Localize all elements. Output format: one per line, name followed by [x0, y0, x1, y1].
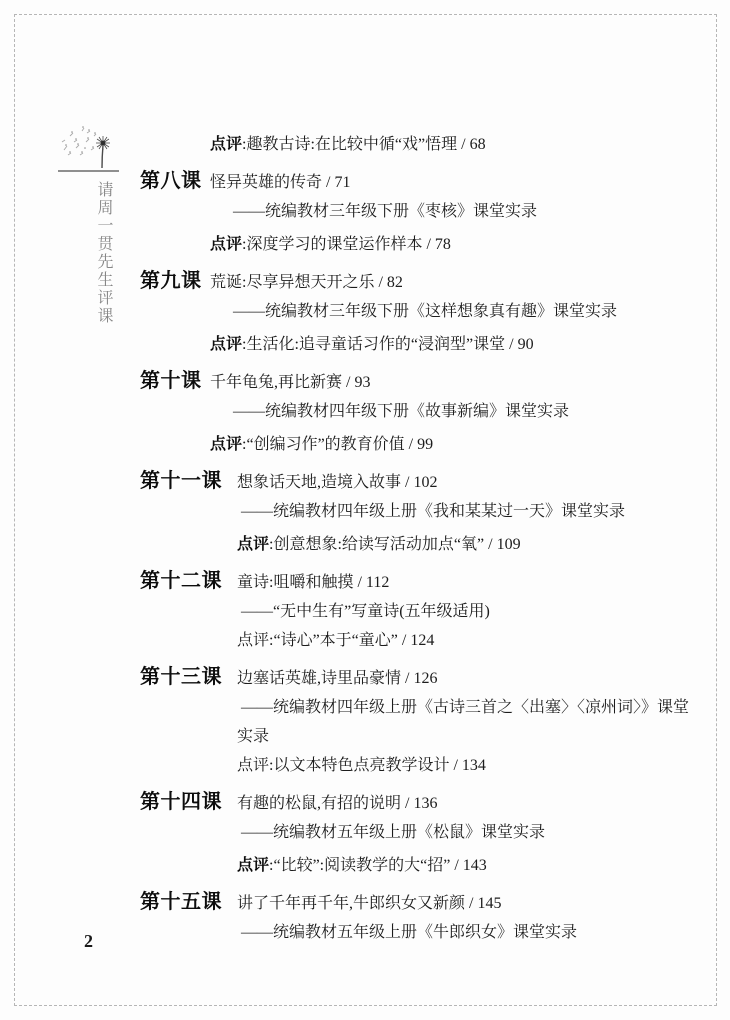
toc-dash-line: ——统编教材五年级上册《牛郎织女》课堂实录 — [237, 918, 715, 947]
toc-title-line: 第十五课讲了千年再千年,牛郎织女又新颜 / 145 — [140, 888, 715, 918]
toc-line-text: 荒诞:尽享异想天开之乐 — [210, 274, 374, 291]
page-separator: / — [353, 574, 365, 591]
toc-line-content: 点评:趣教古诗:在比较中循“戏”悟理 / 68 — [210, 130, 486, 159]
toc-line-text: ——统编教材三年级下册《这样想象真有趣》课堂实录 — [233, 303, 617, 320]
toc-line-text: 有趣的松鼠,有招的说明 — [237, 795, 401, 812]
toc-line-content: 童诗:咀嚼和触摸 / 112 — [237, 568, 389, 597]
toc-line-content: 想象话天地,造境入故事 / 102 — [237, 468, 437, 497]
comment-prefix: 点评 — [210, 436, 242, 453]
toc-group: 第十二课童诗:咀嚼和触摸 / 112——“无中生有”写童诗(五年级适用)点评:“… — [140, 559, 715, 655]
page-separator: / — [398, 632, 410, 649]
comment-prefix: 点评 — [210, 236, 242, 253]
page-ref: 145 — [477, 895, 501, 912]
toc-line-text: :“诗心”本于“童心” — [269, 632, 398, 649]
page-ref: 93 — [354, 374, 370, 391]
page-separator: / — [422, 236, 434, 253]
page-ref: 68 — [470, 136, 486, 153]
toc-line-text: :“比较”:阅读教学的大“招” — [269, 857, 450, 874]
toc-comment-line: 点评:创意想象:给读写活动加点“氧” / 109 — [237, 526, 715, 559]
comment-prefix: 点评 — [237, 632, 269, 649]
toc-line-text: ——统编教材四年级下册《故事新编》课堂实录 — [233, 403, 569, 420]
toc-group: 第十三课边塞话英雄,诗里品豪情 / 126——统编教材四年级上册《古诗三首之〈出… — [140, 655, 715, 780]
toc-line-content: 讲了千年再千年,牛郎织女又新颜 / 145 — [237, 889, 501, 918]
toc-line-text: ——“无中生有”写童诗(五年级适用) — [241, 603, 490, 620]
page-separator: / — [374, 274, 386, 291]
toc-line-text: 千年龟兔,再比新赛 — [210, 374, 342, 391]
toc-line-text: 怪异英雄的传奇 — [210, 174, 322, 191]
toc-dash-line: ——统编教材四年级上册《古诗三首之〈出塞〉〈凉州词〉》课堂 — [237, 693, 715, 722]
toc-line-content: 有趣的松鼠,有招的说明 / 136 — [237, 789, 437, 818]
toc-dash-line: ——统编教材四年级下册《故事新编》课堂实录 — [210, 397, 715, 426]
toc-title-line: 第十一课想象话天地,造境入故事 / 102 — [140, 467, 715, 497]
toc-comment-line: 点评:深度学习的课堂运作样本 / 78 — [210, 226, 715, 259]
toc-group: 第九课荒诞:尽享异想天开之乐 / 82——统编教材三年级下册《这样想象真有趣》课… — [140, 259, 715, 359]
toc-line-content: 千年龟兔,再比新赛 / 93 — [210, 368, 370, 397]
page-ref: 143 — [463, 857, 487, 874]
lesson-label: 第十三课 — [140, 663, 237, 692]
sidebar-rule — [58, 170, 119, 172]
dandelion-icon — [56, 122, 122, 172]
page-ref: 136 — [413, 795, 437, 812]
lesson-label: 第九课 — [140, 267, 210, 296]
page-separator: / — [401, 670, 413, 687]
toc-line-text: ——统编教材五年级上册《松鼠》课堂实录 — [241, 824, 545, 841]
toc-line-content: 怪异英雄的传奇 / 71 — [210, 168, 350, 197]
toc-group: 第十一课想象话天地,造境入故事 / 102——统编教材四年级上册《我和某某过一天… — [140, 459, 715, 559]
page-separator: / — [322, 174, 334, 191]
toc-title-line: 第十四课有趣的松鼠,有招的说明 / 136 — [140, 788, 715, 818]
page-ref: 90 — [518, 336, 534, 353]
page-ref: 124 — [410, 632, 434, 649]
comment-prefix: 点评 — [210, 336, 242, 353]
toc-line-text: ——统编教材四年级上册《古诗三首之〈出塞〉〈凉州词〉》课堂 — [241, 699, 689, 716]
comment-prefix: 点评 — [237, 536, 269, 553]
comment-prefix: 点评 — [210, 136, 242, 153]
toc-dash-line: ——统编教材三年级下册《这样想象真有趣》课堂实录 — [210, 297, 715, 326]
toc-line-text: 想象话天地,造境入故事 — [237, 474, 401, 491]
toc-line-text: :以文本特色点亮教学设计 — [269, 757, 449, 774]
toc-dash-line: ——“无中生有”写童诗(五年级适用) — [237, 597, 715, 626]
page-separator: / — [401, 474, 413, 491]
page-ref: 102 — [413, 474, 437, 491]
toc-line-text: 实录 — [237, 728, 269, 745]
page-separator: / — [505, 336, 517, 353]
toc-line-text: 边塞话英雄,诗里品豪情 — [237, 670, 401, 687]
toc-line-text: :深度学习的课堂运作样本 — [242, 236, 422, 253]
page-separator: / — [401, 795, 413, 812]
toc-continuation-line: 实录 — [237, 722, 715, 751]
toc-title-line: 第八课怪异英雄的传奇 / 71 — [140, 167, 715, 197]
page-separator: / — [457, 136, 469, 153]
toc-line-text: :“创编习作”的教育价值 — [242, 436, 405, 453]
page-ref: 71 — [334, 174, 350, 191]
toc: 点评:趣教古诗:在比较中循“戏”悟理 / 68第八课怪异英雄的传奇 / 71——… — [140, 130, 715, 947]
toc-dash-line: ——统编教材四年级上册《我和某某过一天》课堂实录 — [237, 497, 715, 526]
toc-group: 第十五课讲了千年再千年,牛郎织女又新颜 / 145——统编教材五年级上册《牛郎织… — [140, 880, 715, 947]
page-ref: 109 — [497, 536, 521, 553]
page-separator: / — [450, 857, 462, 874]
page-ref: 78 — [435, 236, 451, 253]
lesson-label: 第十课 — [140, 367, 210, 396]
page-separator: / — [465, 895, 477, 912]
page-separator: / — [449, 757, 461, 774]
page-ref: 112 — [366, 574, 389, 591]
toc-line-text: :生活化:追寻童话习作的“浸润型”课堂 — [242, 336, 505, 353]
toc-line-text: 讲了千年再千年,牛郎织女又新颜 — [237, 895, 465, 912]
lesson-label: 第十一课 — [140, 467, 237, 496]
toc-title-line: 第十课千年龟兔,再比新赛 / 93 — [140, 367, 715, 397]
page-separator: / — [342, 374, 354, 391]
toc-comment-line: 点评:“比较”:阅读教学的大“招” / 143 — [237, 847, 715, 880]
page-separator: / — [405, 436, 417, 453]
toc-line-content: 荒诞:尽享异想天开之乐 / 82 — [210, 268, 403, 297]
toc-title-line: 第十二课童诗:咀嚼和触摸 / 112 — [140, 567, 715, 597]
toc-line-text: ——统编教材四年级上册《我和某某过一天》课堂实录 — [241, 503, 625, 520]
lesson-label: 第十四课 — [140, 788, 237, 817]
toc-group: 第八课怪异英雄的传奇 / 71——统编教材三年级下册《枣核》课堂实录点评:深度学… — [140, 159, 715, 259]
page-ref: 134 — [462, 757, 486, 774]
page-separator: / — [484, 536, 496, 553]
lesson-label: 第十二课 — [140, 567, 237, 596]
toc-comment-line: 点评:“诗心”本于“童心” / 124 — [237, 626, 715, 655]
toc-dash-line: ——统编教材三年级下册《枣核》课堂实录 — [210, 197, 715, 226]
toc-title-line: 第十三课边塞话英雄,诗里品豪情 / 126 — [140, 663, 715, 693]
sidebar-vertical-title: 请周一贯先生评课 — [92, 181, 115, 325]
toc-line-text: 童诗:咀嚼和触摸 — [237, 574, 353, 591]
toc-line-text: ——统编教材三年级下册《枣核》课堂实录 — [233, 203, 537, 220]
toc-group: 第十课千年龟兔,再比新赛 / 93——统编教材四年级下册《故事新编》课堂实录点评… — [140, 359, 715, 459]
toc-comment-line: 点评:生活化:追寻童话习作的“浸润型”课堂 / 90 — [210, 326, 715, 359]
toc-comment-line: 点评:“创编习作”的教育价值 / 99 — [210, 426, 715, 459]
page-ref: 99 — [417, 436, 433, 453]
toc-comment-line: 点评:趣教古诗:在比较中循“戏”悟理 / 68 — [140, 130, 715, 159]
page-number: 2 — [84, 931, 93, 952]
comment-prefix: 点评 — [237, 757, 269, 774]
toc-group: 第十四课有趣的松鼠,有招的说明 / 136——统编教材五年级上册《松鼠》课堂实录… — [140, 780, 715, 880]
toc-line-content: 边塞话英雄,诗里品豪情 / 126 — [237, 664, 437, 693]
toc-title-line: 第九课荒诞:尽享异想天开之乐 / 82 — [140, 267, 715, 297]
toc-line-text: :趣教古诗:在比较中循“戏”悟理 — [242, 136, 457, 153]
page-ref: 82 — [387, 274, 403, 291]
toc-dash-line: ——统编教材五年级上册《松鼠》课堂实录 — [237, 818, 715, 847]
toc-comment-line: 点评:以文本特色点亮教学设计 / 134 — [237, 751, 715, 780]
toc-line-text: ——统编教材五年级上册《牛郎织女》课堂实录 — [241, 924, 577, 941]
lesson-label: 第八课 — [140, 167, 210, 196]
page-ref: 126 — [413, 670, 437, 687]
toc-group: 点评:趣教古诗:在比较中循“戏”悟理 / 68 — [140, 130, 715, 159]
comment-prefix: 点评 — [237, 857, 269, 874]
toc-line-text: :创意想象:给读写活动加点“氧” — [269, 536, 484, 553]
lesson-label: 第十五课 — [140, 888, 237, 917]
